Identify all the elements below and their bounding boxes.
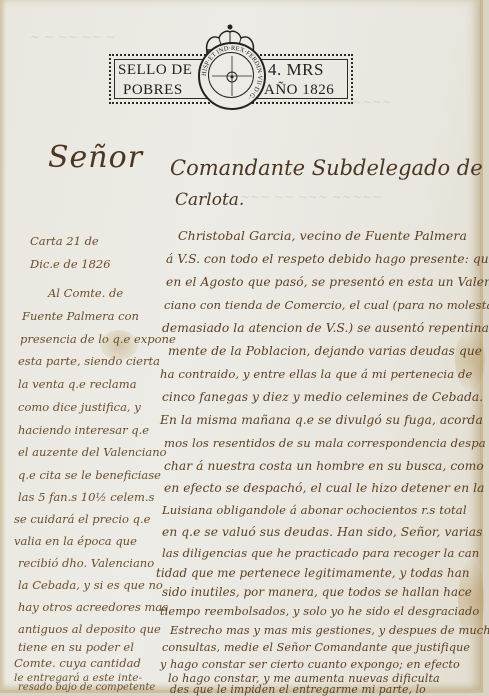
body-line: á V.S. con todo el respeto debido hago p… [166, 252, 489, 266]
margin-line: Al Comte. de [48, 286, 123, 300]
margin-line: tiene en su poder el [18, 640, 134, 654]
body-line: char á nuestra costa un hombre en su bus… [164, 459, 484, 473]
body-line: Estrecho mas y mas mis gestiones, y desp… [170, 623, 489, 637]
body-line: cinco fanegas y diez y medio celemines d… [162, 390, 483, 404]
body-line: en el Agosto que pasó, se presentó en es… [166, 275, 489, 289]
margin-line: como dice justifica, y [18, 400, 141, 414]
margin-line: haciendo interesar q.e [18, 423, 149, 437]
body-line: las diligencias que he practicado para r… [162, 546, 479, 560]
margin-line: recibió dho. Valenciano [18, 556, 154, 570]
royal-crest-icon: HISP·ET IND·REX·FERDIN·VII·D·G· [198, 42, 266, 110]
margin-line: valia en la época que [14, 534, 137, 548]
body-line: ha contraido, y entre ellas la que á mi … [160, 367, 473, 381]
body-line: tiempo reembolsados, y solo yo he sido e… [160, 604, 479, 618]
body-line: consultas, medie el Señor Comandante que… [162, 641, 470, 654]
body-line: des que le impiden el entregarme mi part… [170, 683, 426, 695]
margin-line: presencia de lo q.e expone [20, 332, 176, 346]
bleed-through-text: ~ ~ ~~ ~~ ~ [30, 30, 116, 44]
margin-line: la Cebada, y si es que no [18, 578, 163, 592]
paper-edge [0, 0, 6, 690]
body-line: mente de la Poblacion, dejando varias de… [168, 344, 482, 358]
margin-line: Carta 21 de [30, 234, 99, 248]
margin-line: el auzente del Valenciano [18, 445, 167, 459]
margin-line: Dic.e de 1826 [30, 257, 111, 271]
stamp-right-line1: 4. MRS [268, 62, 324, 78]
margin-line: q.e cita se le beneficiase [18, 468, 161, 482]
addressee-title-cont: Carlota. [175, 190, 244, 210]
margin-line: Comte. cuya cantidad [14, 656, 141, 670]
body-line: en efecto se despachó, el cual le hizo d… [164, 481, 485, 495]
salutation: Señor [48, 140, 143, 175]
body-line: en q.e se valuó sus deudas. Han sido, Se… [162, 525, 482, 539]
stamp-right-line2: AÑO 1826 [264, 82, 334, 98]
body-line: mos los resentidos de su mala correspond… [164, 436, 486, 450]
body-line: sido inutiles, por manera, que todos se … [162, 585, 472, 599]
body-line: Luisiana obligandole á abonar ochociento… [162, 503, 467, 517]
addressee-title: Comandante Subdelegado de la Real [170, 156, 489, 180]
margin-line: las 5 fan.s 10½ celem.s [18, 490, 154, 504]
stamp-left-line2: POBRES [123, 82, 183, 98]
bleed-through-text: ~~~ ~~ ~~~ ~~~~~ [240, 190, 382, 204]
margin-line: hay otros acreedores mas [18, 600, 168, 614]
body-line: tidad que me pertenece legitimamente, y … [156, 566, 470, 580]
margin-line: esta parte, siendo cierta [18, 354, 160, 368]
margin-line: se cuidará el precio q.e [14, 512, 150, 526]
stamp-left-line1: SELLO DE [118, 62, 192, 78]
margin-line: antiguos al deposito que [18, 622, 161, 636]
margin-line: la venta q.e reclama [18, 377, 137, 391]
water-stain [455, 330, 485, 390]
body-line: ciano con tienda de Comercio, el cual (p… [164, 298, 489, 312]
body-line: Christobal Garcia, vecino de Fuente Palm… [178, 228, 467, 243]
margin-line: resado bajo de competente [18, 682, 155, 693]
body-line: demasiado la atencion de V.S.) se ausent… [162, 321, 489, 335]
body-line: y hago constar ser cierto cuanto expongo… [160, 658, 460, 671]
document-page: ~ ~ ~~ ~~ ~ ~~~ ~~~ ~~ ~~~~ ~~~ ~~ ~~~ ~… [0, 0, 483, 693]
margin-line: Fuente Palmera con [22, 309, 139, 323]
body-line: En la misma mañana q.e se divulgó su fug… [160, 413, 483, 427]
